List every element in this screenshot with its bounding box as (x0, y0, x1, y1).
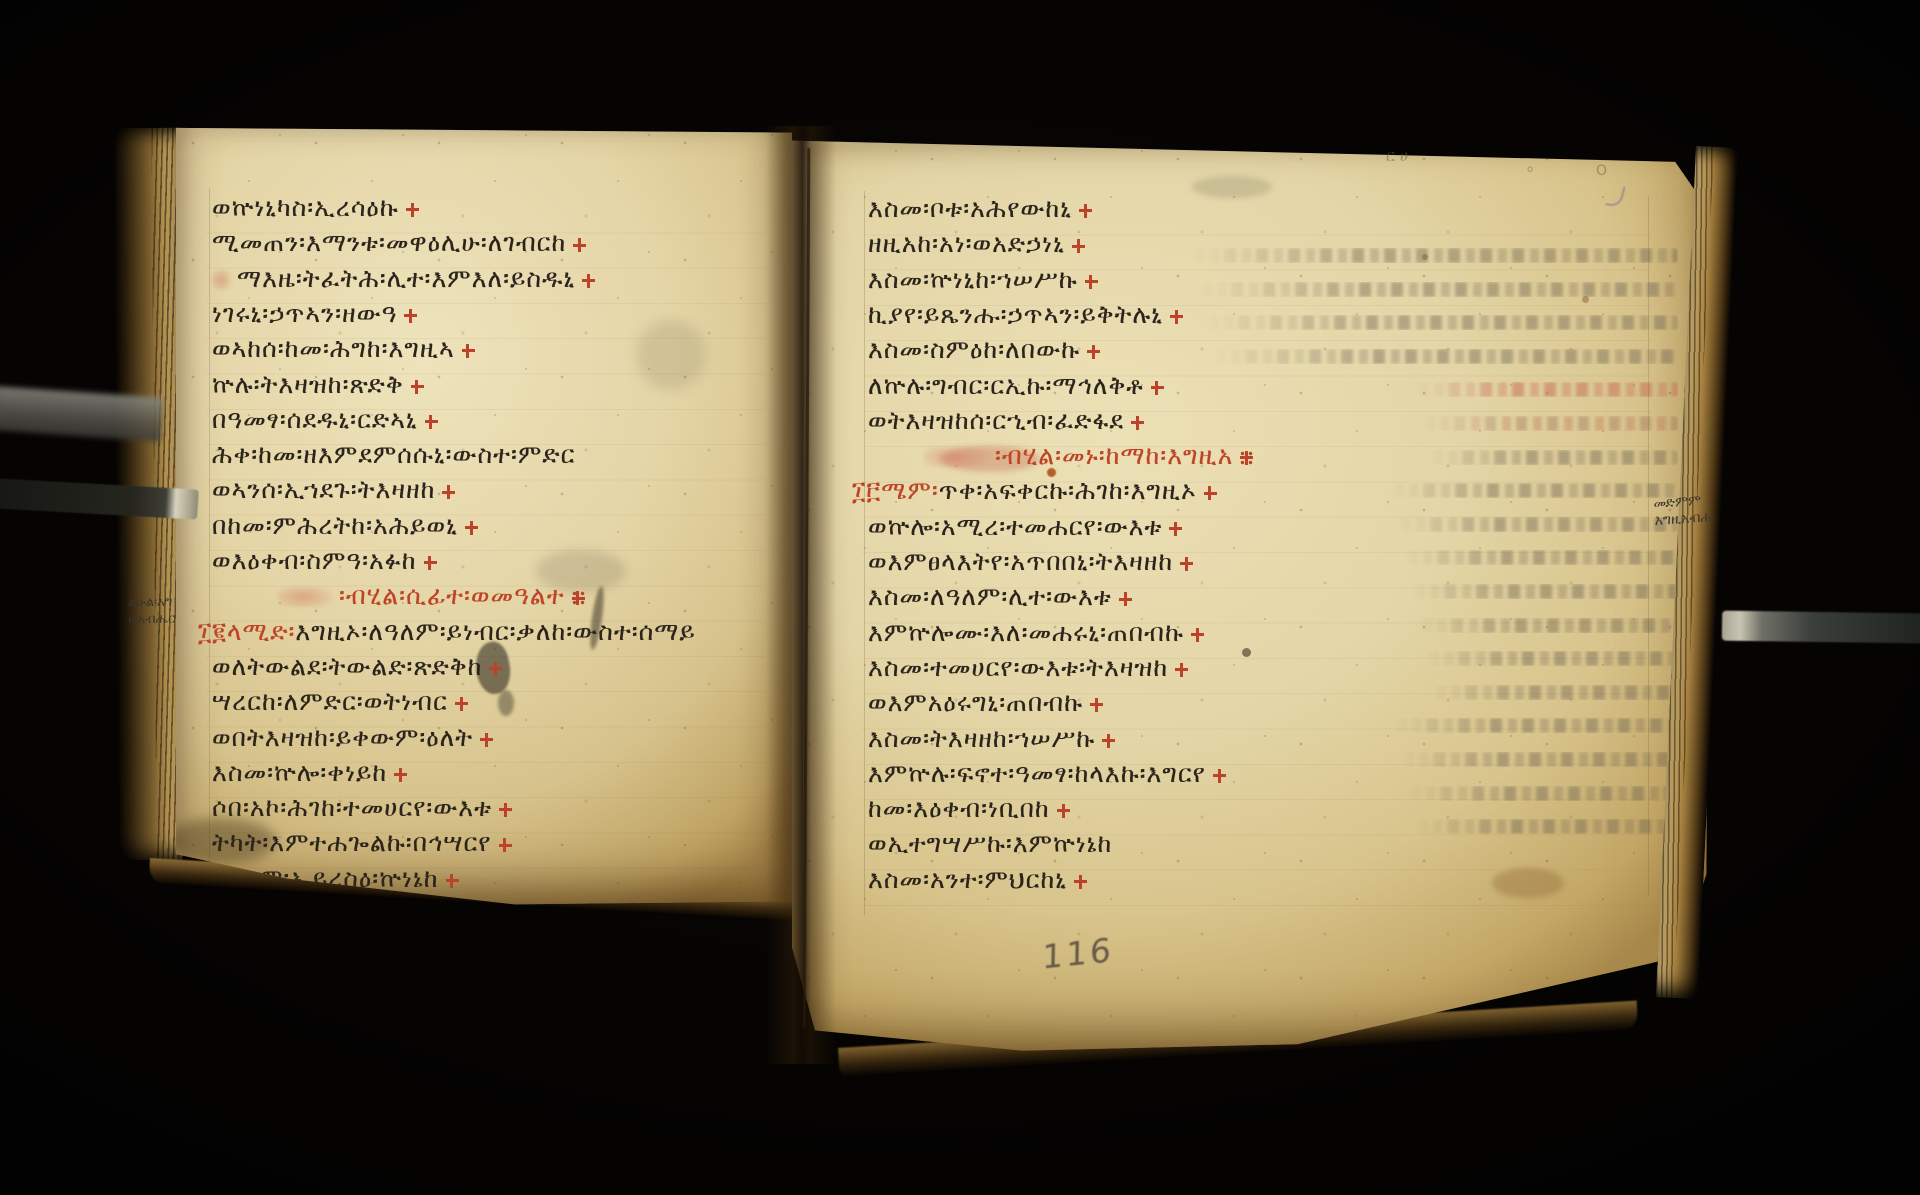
text-line: ከመ፡እዕቀብ፡ነቢበከ (868, 794, 1070, 828)
text-line: ነገሩኒ፡ኃጥኣን፡ዘውዓ (212, 299, 417, 333)
text-line: ወእምአዕሩግኒ፡ጠበብኩ (868, 688, 1103, 722)
text-line: ሣረርከ፡ለምድር፡ወትነብር (212, 687, 468, 721)
text-line: ወእዕቀብ፡ስምዓ፡አፉከ (212, 546, 437, 580)
pencil-folio-number: 116 (1042, 930, 1114, 977)
red-cross-mark (1072, 239, 1085, 253)
geez-text: ኵሉ፡ትእዛዝከ፡ጽድቅ (212, 370, 404, 399)
geez-text: ወበትእዛዝከ፡ይቀውም፡ዕለት (212, 723, 473, 752)
text-line: ኵሉ፡ትእዛዝከ፡ጽድቅ (212, 370, 424, 404)
red-cross-mark (1087, 345, 1100, 359)
text-line: እምኵሉ፡ፍኖተ፡ዓመፃ፡ከላእኩ፡እግርየ (868, 759, 1226, 793)
red-cross-mark (406, 203, 419, 217)
text-line: ወትእዛዝከሰ፡ርኂብ፡ፈድፋደ (868, 406, 1144, 440)
geez-text: ነገሩኒ፡ኃጥኣን፡ዘውዓ (212, 299, 397, 328)
text-line: ወለትውልደ፡ትውልድ፡ጽድቅከ (212, 652, 502, 686)
geez-text: ሣረርከ፡ለምድር፡ወትነብር (212, 687, 448, 716)
photo-stage: ወኵነኒካስ፡ኢረሳዕኩሚመጠን፡እማንቱ፡መዋዕሊሁ፡ለገብርከማእዜ፡ትፈት… (0, 0, 1920, 1195)
left-page: ወኵነኒካስ፡ኢረሳዕኩሚመጠን፡እማንቱ፡መዋዕሊሁ፡ለገብርከማእዜ፡ትፈት… (176, 120, 792, 906)
text-line: ሶበ፡አኮ፡ሕገከ፡ተመሀርየ፡ውእቱ (212, 793, 512, 827)
geez-text: ማእዜ፡ትፈትሕ፡ሊተ፡እምእለ፡ይስዱኒ (237, 264, 575, 293)
text-line: ፡ብሂል፡ሲፊተ፡ወመዓልተ (278, 581, 585, 615)
geez-text: ትካት፡እምተሐጐልኩ፡በኅሣርየ (212, 828, 492, 857)
red-cross-mark (1170, 310, 1183, 324)
margin-note-right: መድምም እግዚአብሔ (1653, 492, 1715, 530)
geez-text: እስመ፡ኵነኒከ፡ኀሠሥኩ (868, 265, 1078, 294)
right-page: እስመ፡ቦቱ፡አሕየውከኒዘዚአከ፡አነ፡ወአድኃነኒእስመ፡ኵነኒከ፡ኀሠሥኩ… (792, 136, 1712, 1058)
text-line: ፡ብሂል፡መኑ፡ከማከ፡እግዚአ (924, 441, 1253, 475)
text-line: ሕቀ፡ከመ፡ዘእምደምሰሱኒ፡ውስተ፡ምድር (212, 440, 575, 474)
geez-text: ወኢተግሣሥኩ፡እምኵነኔከ (868, 829, 1112, 858)
text-line: ፲፫ሜም፡ጥቀ፡አፍቀርኩ፡ሕገከ፡እግዚኦ (852, 476, 1217, 510)
geez-text: ወትእዛዝከሰ፡ርኂብ፡ፈድፋደ (868, 406, 1124, 435)
geez-text: እስመ፡ኵሎ፡ቀነይከ (212, 758, 387, 787)
red-cross-mark (1131, 416, 1144, 430)
red-cross-mark (1090, 698, 1103, 712)
red-cross-mark (1240, 451, 1253, 465)
red-cross-mark (1169, 522, 1182, 536)
geez-text: በከመ፡ምሕረትከ፡አሕይወኒ (212, 511, 458, 540)
red-cross-mark (462, 344, 475, 358)
geez-text: እስመ፡ቦቱ፡አሕየውከኒ (868, 194, 1072, 223)
faded-ink-smudge (278, 587, 334, 607)
geez-text: ለኵሉ፡ግብር፡ርኢኩ፡ማኅለቅቶ (868, 371, 1144, 400)
text-line: ሚመጠን፡እማንቱ፡መዋዕሊሁ፡ለገብርከ (212, 228, 586, 262)
faded-ink-smudge (212, 270, 232, 290)
geez-text: ወእምአዕሩግኒ፡ጠበብኩ (868, 688, 1083, 717)
red-cross-mark (455, 697, 468, 711)
red-cross-mark (572, 591, 585, 605)
geez-text: እምኵሎሙ፡እለ፡መሐሩኒ፡ጠበብኩ (868, 618, 1184, 647)
geez-text: ከመ፡እዕቀብ፡ነቢበከ (868, 794, 1050, 823)
text-line: ወኵሎ፡አሚረ፡ተመሐርየ፡ውእቱ (868, 512, 1182, 546)
text-line: ወበትእዛዝከ፡ይቀውም፡ዕለት (212, 723, 493, 757)
red-cross-mark (404, 309, 417, 323)
metal-clamp-right (1722, 611, 1920, 644)
text-line: እስመ፡ኵነኒከ፡ኀሠሥኩ (868, 265, 1098, 299)
geez-text: እስመ፡ተመሀርየ፡ውእቱ፡ትእዛዝከ (868, 653, 1168, 682)
geez-text: እስመ፡ስምዕከ፡ለበውኩ (868, 335, 1080, 364)
geez-text: ወኵነኒካስ፡ኢረሳዕኩ (212, 193, 399, 222)
red-cross-mark (582, 274, 595, 288)
geez-rubric-text: ፡ብሂል፡መኑ፡ከማከ፡እግዚአ (995, 441, 1233, 470)
geez-text: ሕቀ፡ከመ፡ዘእምደምሰሱኒ፡ውስተ፡ምድር (212, 440, 575, 469)
red-cross-mark (1175, 663, 1188, 677)
red-cross-mark (1074, 875, 1087, 889)
text-line: እስመ፡ስምዕከ፡ለበውኩ (868, 335, 1100, 369)
text-line: እስመ፡ቦቱ፡አሕየውከኒ (868, 194, 1092, 228)
red-cross-mark (425, 415, 438, 429)
red-cross-mark (1204, 486, 1217, 500)
red-cross-mark (411, 380, 424, 394)
geez-text: እግዚኦ፡ለዓለም፡ይነብር፡ቃለከ፡ውስተ፡ሰማይ (295, 617, 695, 646)
text-line: እስመ፡ለዓለም፡ሊተ፡ውእቱ (868, 582, 1132, 616)
red-cross-mark (465, 521, 478, 535)
red-cross-mark (1180, 557, 1193, 571)
margin-note-line: ልዑል፡እግ (128, 594, 175, 612)
margin-note-left: ልዑል፡እግ ዚአብሔር (128, 594, 176, 629)
geez-text: ኪያየ፡ይጼንሑ፡ኃጥኣን፡ይቅትሉኒ (868, 300, 1163, 329)
ruling-line (864, 191, 865, 915)
corner-mark: ο (1527, 164, 1533, 175)
red-cross-mark (1151, 381, 1164, 395)
geez-rubric-text: ፲፫ሜም፡ (852, 476, 939, 505)
geez-text: ወኵሎ፡አሚረ፡ተመሐርየ፡ውእቱ (868, 512, 1162, 541)
text-line: ማእዜ፡ትፈትሕ፡ሊተ፡እምእለ፡ይስዱኒ (212, 264, 595, 298)
red-cross-mark (489, 662, 502, 676)
geez-text: ሚመጠን፡እማንቱ፡መዋዕሊሁ፡ለገብርከ (212, 228, 566, 257)
geez-text: ወኣከሰ፡ከመ፡ሕግከ፡እግዚኣ (212, 334, 455, 363)
red-cross-mark (394, 768, 407, 782)
corner-mark: Ο (1596, 163, 1607, 179)
margin-note-line: ዚአብሔር (128, 611, 175, 629)
red-cross-mark (499, 803, 512, 817)
geez-rubric-text: ፡ብሂል፡ሲፊተ፡ወመዓልተ (339, 581, 565, 610)
red-cross-mark (1057, 804, 1070, 818)
red-cross-mark (499, 838, 512, 852)
red-cross-mark (480, 733, 493, 747)
red-cross-mark (446, 874, 459, 888)
geez-text: ወእምፀላእትየ፡አጥበበኒ፡ትእዛዘከ (868, 547, 1173, 576)
red-cross-mark (1102, 734, 1115, 748)
right-page-text-column: እስመ፡ቦቱ፡አሕየውከኒዘዚአከ፡አነ፡ወአድኃነኒእስመ፡ኵነኒከ፡ኀሠሥኩ… (868, 194, 1688, 910)
geez-text: ወኣንሰ፡ኢኀደጉ፡ትእዛዘከ (212, 475, 435, 504)
text-line: እስመ፡አንተ፡ምህርከኒ (868, 865, 1087, 899)
geez-text: እምኵሉ፡ፍኖተ፡ዓመፃ፡ከላእኩ፡እግርየ (868, 759, 1206, 788)
text-line: ዘዚአከ፡አነ፡ወአድኃነኒ (868, 229, 1085, 263)
geez-text: ጥቀ፡አፍቀርኩ፡ሕገከ፡እግዚኦ (939, 476, 1197, 505)
geez-text: እስመ፡አንተ፡ምህርከኒ (868, 865, 1067, 894)
text-line: ፲፪ላሚድ፡እግዚኦ፡ለዓለም፡ይነብር፡ቃለከ፡ውስተ፡ሰማይ (198, 617, 696, 651)
geez-rubric-text: ፲፪ላሚድ፡ (198, 617, 295, 646)
text-line: እስመ፡ትእዛዘከ፡ኀሠሥኩ (868, 724, 1115, 758)
geez-text: ወእዕቀብ፡ስምዓ፡አፉከ (212, 546, 417, 575)
text-line: ወኵነኒካስ፡ኢረሳዕኩ (212, 193, 419, 227)
red-cross-mark (1085, 275, 1098, 289)
text-line: እስመ፡ኵሎ፡ቀነይከ (212, 758, 407, 792)
text-line: ወኢተግሣሥኩ፡እምኵነኔከ (868, 829, 1112, 863)
corner-mark: ር ሀ (1386, 146, 1408, 166)
red-cross-mark (1079, 204, 1092, 218)
geez-text: ዘዚአከ፡አነ፡ወአድኃነኒ (868, 229, 1065, 258)
text-line: ወእምፀላእትየ፡አጥበበኒ፡ትእዛዘከ (868, 547, 1193, 581)
text-line: ወኣንሰ፡ኢኀደጉ፡ትእዛዘከ (212, 475, 455, 509)
text-line: ለኵሉ፡ግብር፡ርኢኩ፡ማኅለቅቶ (868, 371, 1164, 405)
text-line: ወኣከሰ፡ከመ፡ሕግከ፡እግዚኣ (212, 334, 475, 368)
red-cross-mark (1191, 628, 1204, 642)
text-line: እምኵሎሙ፡እለ፡መሐሩኒ፡ጠበብኩ (868, 618, 1204, 652)
text-line: እስመ፡ተመሀርየ፡ውእቱ፡ትእዛዝከ (868, 653, 1188, 687)
text-line: ትካት፡እምተሐጐልኩ፡በኅሣርየ (212, 828, 512, 862)
geez-text: ሶበ፡አኮ፡ሕገከ፡ተመሀርየ፡ውእቱ (212, 793, 492, 822)
geez-text: በዓመፃ፡ሰደዱኒ፡ርድኣኒ (212, 405, 418, 434)
text-line: ኪያየ፡ይጼንሑ፡ኃጥኣን፡ይቅትሉኒ (868, 300, 1183, 334)
red-cross-mark (1213, 769, 1226, 783)
faded-ink-smudge (924, 447, 990, 467)
red-cross-mark (424, 556, 437, 570)
ruling-line (209, 188, 210, 912)
text-line: በከመ፡ምሕረትከ፡አሕይወኒ (212, 511, 478, 545)
geez-text: እስመ፡ለዓለም፡ሊተ፡ውእቱ (868, 582, 1112, 611)
red-cross-mark (442, 485, 455, 499)
geez-text: ወለትውልደ፡ትውልድ፡ጽድቅከ (212, 652, 482, 681)
left-page-text-column: ወኵነኒካስ፡ኢረሳዕኩሚመጠን፡እማንቱ፡መዋዕሊሁ፡ለገብርከማእዜ፡ትፈት… (212, 193, 772, 909)
red-cross-mark (1119, 592, 1132, 606)
geez-text: እስመ፡ትእዛዘከ፡ኀሠሥኩ (868, 724, 1095, 753)
red-cross-mark (573, 238, 586, 252)
text-line: በዓመፃ፡ሰደዱኒ፡ርድኣኒ (212, 405, 438, 439)
